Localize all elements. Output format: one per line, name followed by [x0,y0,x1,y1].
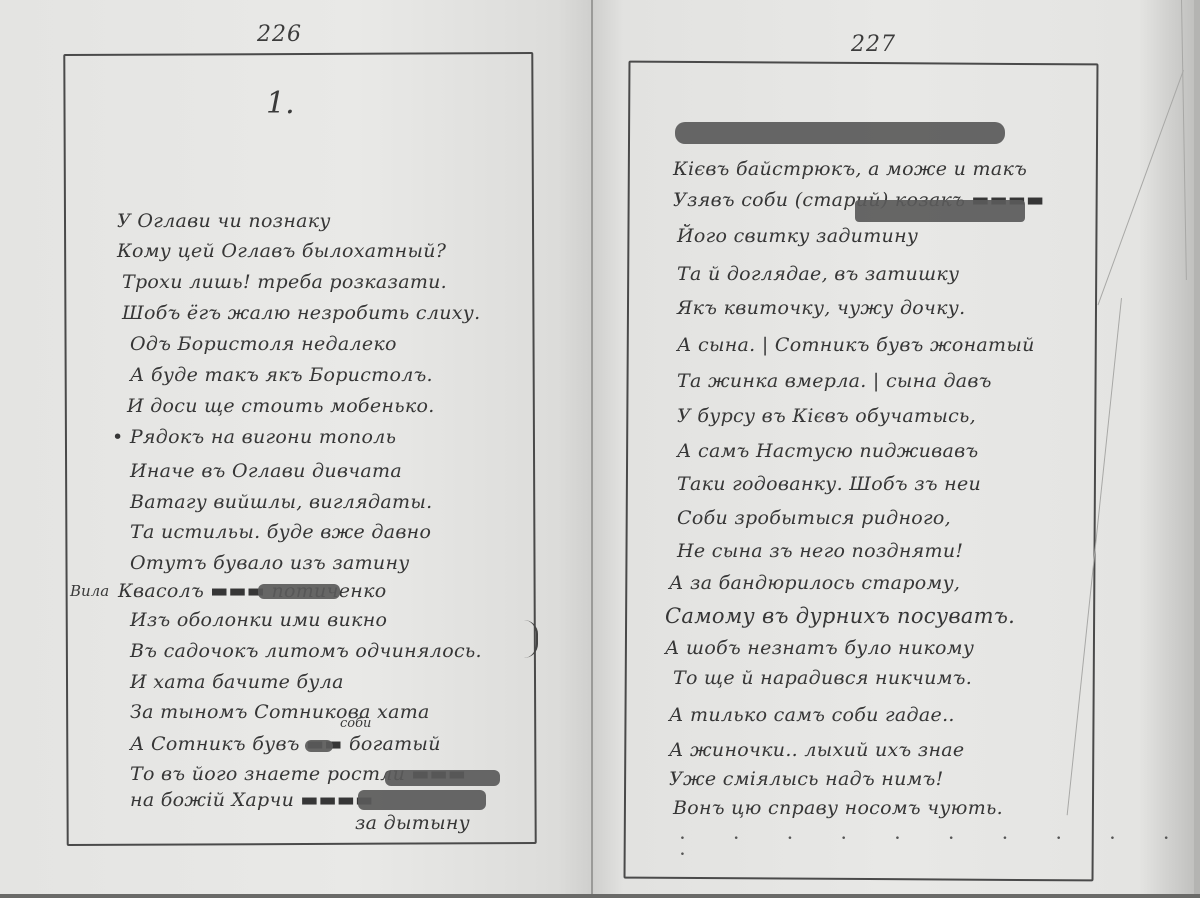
redaction-mark [358,790,486,810]
manuscript-line: Таки годованку. Шобъ зъ неи [677,473,981,495]
manuscript-line: Изъ оболонки ими викно [130,609,387,631]
right-page: 227 Кієвъ байстрюкъ, а може и такъ Узявъ… [593,0,1200,898]
bottom-shadow [0,894,1200,898]
struck-heading-redaction [675,122,1005,144]
manuscript-line: Одъ Бористоля недалеко [130,333,397,355]
manuscript-line: А тилько самъ соби гадае.. [669,704,955,726]
manuscript-line: А Сотникъ бувъ ▬▬ богатый [130,733,441,755]
page-number-226: 226 [257,22,302,47]
manuscript-line: Иначе въ Оглави дивчата [130,460,402,482]
left-page: 226 1. У Оглави чи познаку Кому цей Огла… [0,0,593,898]
redaction-mark [258,584,340,599]
manuscript-line: Його свитку задитину [677,225,918,247]
margin-note: Вила [70,582,109,600]
manuscript-line: Отутъ бувало изъ затину [130,552,410,574]
manuscript-line: У Оглави чи познаку [117,210,331,232]
manuscript-line: Якъ квиточку, чужу дочку. [677,297,965,319]
manuscript-line: Уже сміялысь надъ нимъ! [669,768,944,790]
left-page-frame [63,52,536,846]
page-number-227: 227 [851,32,896,57]
manuscript-line: А буде такъ якъ Бористолъ. [130,364,433,386]
manuscript-line: за дытыну [355,812,470,834]
manuscript-line: А сына. | Сотникъ бувъ жонатый [677,334,1035,356]
manuscript-line: У бурсу въ Кієвъ обучатысь, [677,405,976,427]
notebook-spread: 226 1. У Оглави чи познаку Кому цей Огла… [0,0,1200,898]
trailing-dots: . . . . . . . . . . . [680,827,1200,859]
pencil-stroke [1181,0,1187,280]
manuscript-line: За тыномъ Сотникова хата [130,701,430,723]
manuscript-line: Шобъ ёгъ жалю незробить слиху. [122,302,480,324]
manuscript-line: А за бандюрилось старому, [669,572,960,594]
redaction-mark [385,770,500,786]
manuscript-line: Трохи лишь! треба розказати. [122,271,447,293]
pencil-stroke [1097,70,1183,305]
manuscript-line: Та й доглядае, въ затишку [677,263,959,285]
manuscript-line: Квасолъ ▬▬▬ потиченко [118,580,386,602]
manuscript-line: Не сына зъ него поздняти! [677,540,963,562]
manuscript-line: А жиночки.. лыхий ихъ знае [669,739,964,761]
manuscript-line: Та истильы. буде вже давно [130,521,431,543]
manuscript-line: Та жинка вмерла. | сына давъ [677,370,992,392]
redaction-mark [855,200,1025,222]
page-edge [1194,0,1200,898]
manuscript-line: И хата бачите була [130,671,344,693]
redaction-mark [305,740,333,752]
manuscript-line: А самъ Настусю пидживавъ [677,440,979,462]
manuscript-line: Самому въ дурнихъ посуватъ. [665,604,1015,628]
manuscript-line: Кому цей Оглавъ былохатный? [117,240,446,262]
manuscript-line: То ще й нарадився никчимъ. [673,667,972,689]
manuscript-line: • Рядокъ на вигони тополь [112,426,396,448]
manuscript-line: Кієвъ байстрюкъ, а може и такъ [673,158,1027,180]
manuscript-line: Въ садочокъ литомъ одчинялось. [130,640,482,662]
manuscript-line: И доси ще стоить мобенько. [127,395,435,417]
manuscript-line: Ватагу вийшлы, виглядаты. [130,491,432,513]
interlinear-insert: соби [340,716,371,731]
manuscript-line: Соби зробытыся ридного, [677,507,951,529]
manuscript-line: на божій Харчи ▬▬▬▬ [130,789,374,811]
manuscript-line: Вонъ цю справу носомъ чують. [673,797,1003,819]
section-number: 1. [266,86,295,121]
manuscript-line: А шобъ незнатъ було никому [665,637,974,659]
